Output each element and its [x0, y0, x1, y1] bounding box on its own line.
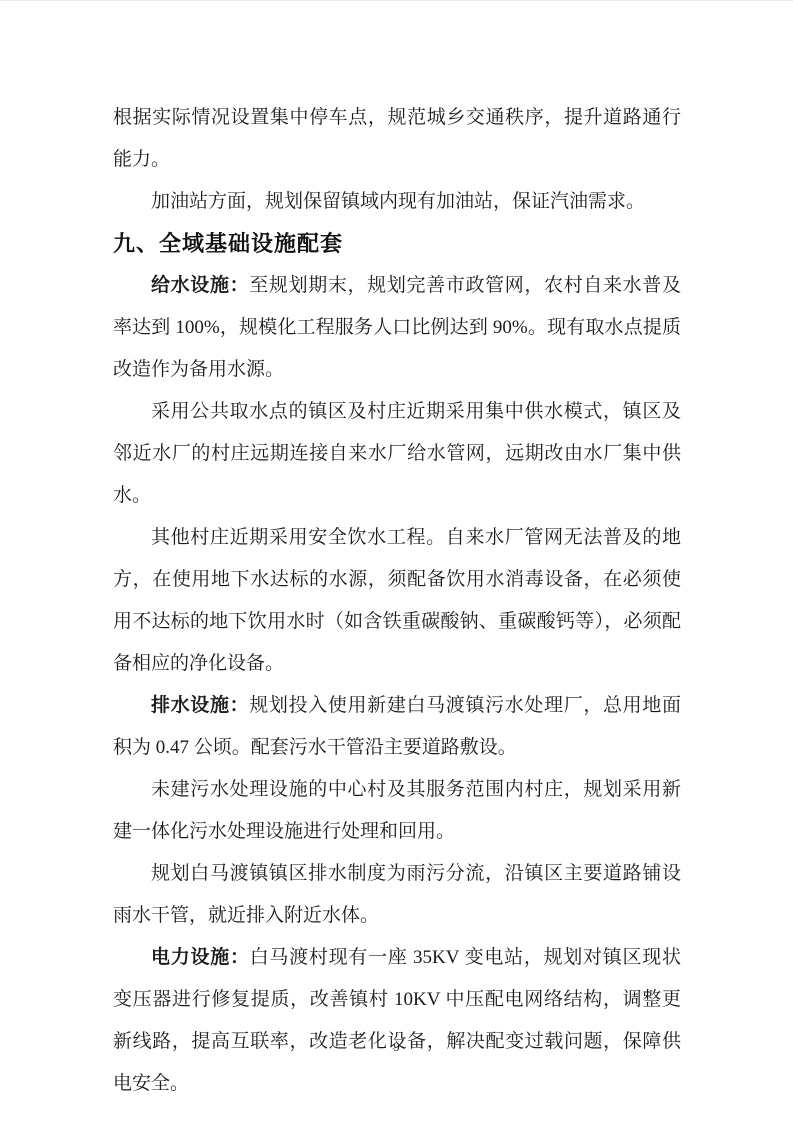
paragraph-drainage: 排水设施：规划投入使用新建白马渡镇污水处理厂，总用地面积为 0.47 公顷。配套…	[113, 685, 681, 769]
power-text: 白马渡村现有一座 35KV 变电站，规划对镇区现状变压器进行修复提质，改善镇村 …	[113, 947, 681, 1094]
page-number: 9	[0, 1039, 793, 1055]
paragraph-drainage-3: 规划白马渡镇镇区排水制度为雨污分流，沿镇区主要道路铺设雨水干管，就近排入附近水体…	[113, 853, 681, 937]
paragraph-drainage-2: 未建污水处理设施的中心村及其服务范围内村庄，规划采用新建一体化污水处理设施进行处…	[113, 769, 681, 853]
paragraph-power: 电力设施：白马渡村现有一座 35KV 变电站，规划对镇区现状变压器进行修复提质，…	[113, 937, 681, 1105]
drainage-lead: 排水设施：	[151, 695, 249, 716]
paragraph-water-supply-2: 采用公共取水点的镇区及村庄近期采用集中供水模式，镇区及邻近水厂的村庄远期连接自来…	[113, 391, 681, 517]
paragraph-water-supply: 给水设施：至规划期末，规划完善市政管网，农村自来水普及率达到 100%，规模化工…	[113, 265, 681, 391]
document-content: 根据实际情况设置集中停车点，规范城乡交通秩序，提升道路通行能力。 加油站方面，规…	[113, 97, 681, 1105]
water-supply-lead: 给水设施：	[151, 275, 249, 296]
document-page: 根据实际情况设置集中停车点，规范城乡交通秩序，提升道路通行能力。 加油站方面，规…	[0, 0, 793, 1123]
power-lead: 电力设施：	[151, 947, 250, 968]
paragraph-traffic-continuation: 根据实际情况设置集中停车点，规范城乡交通秩序，提升道路通行能力。	[113, 97, 681, 181]
paragraph-gas-station: 加油站方面，规划保留镇域内现有加油站，保证汽油需求。	[113, 181, 681, 223]
section-heading-infrastructure: 九、全域基础设施配套	[113, 223, 681, 265]
paragraph-water-supply-3: 其他村庄近期采用安全饮水工程。自来水厂管网无法普及的地方，在使用地下水达标的水源…	[113, 517, 681, 685]
